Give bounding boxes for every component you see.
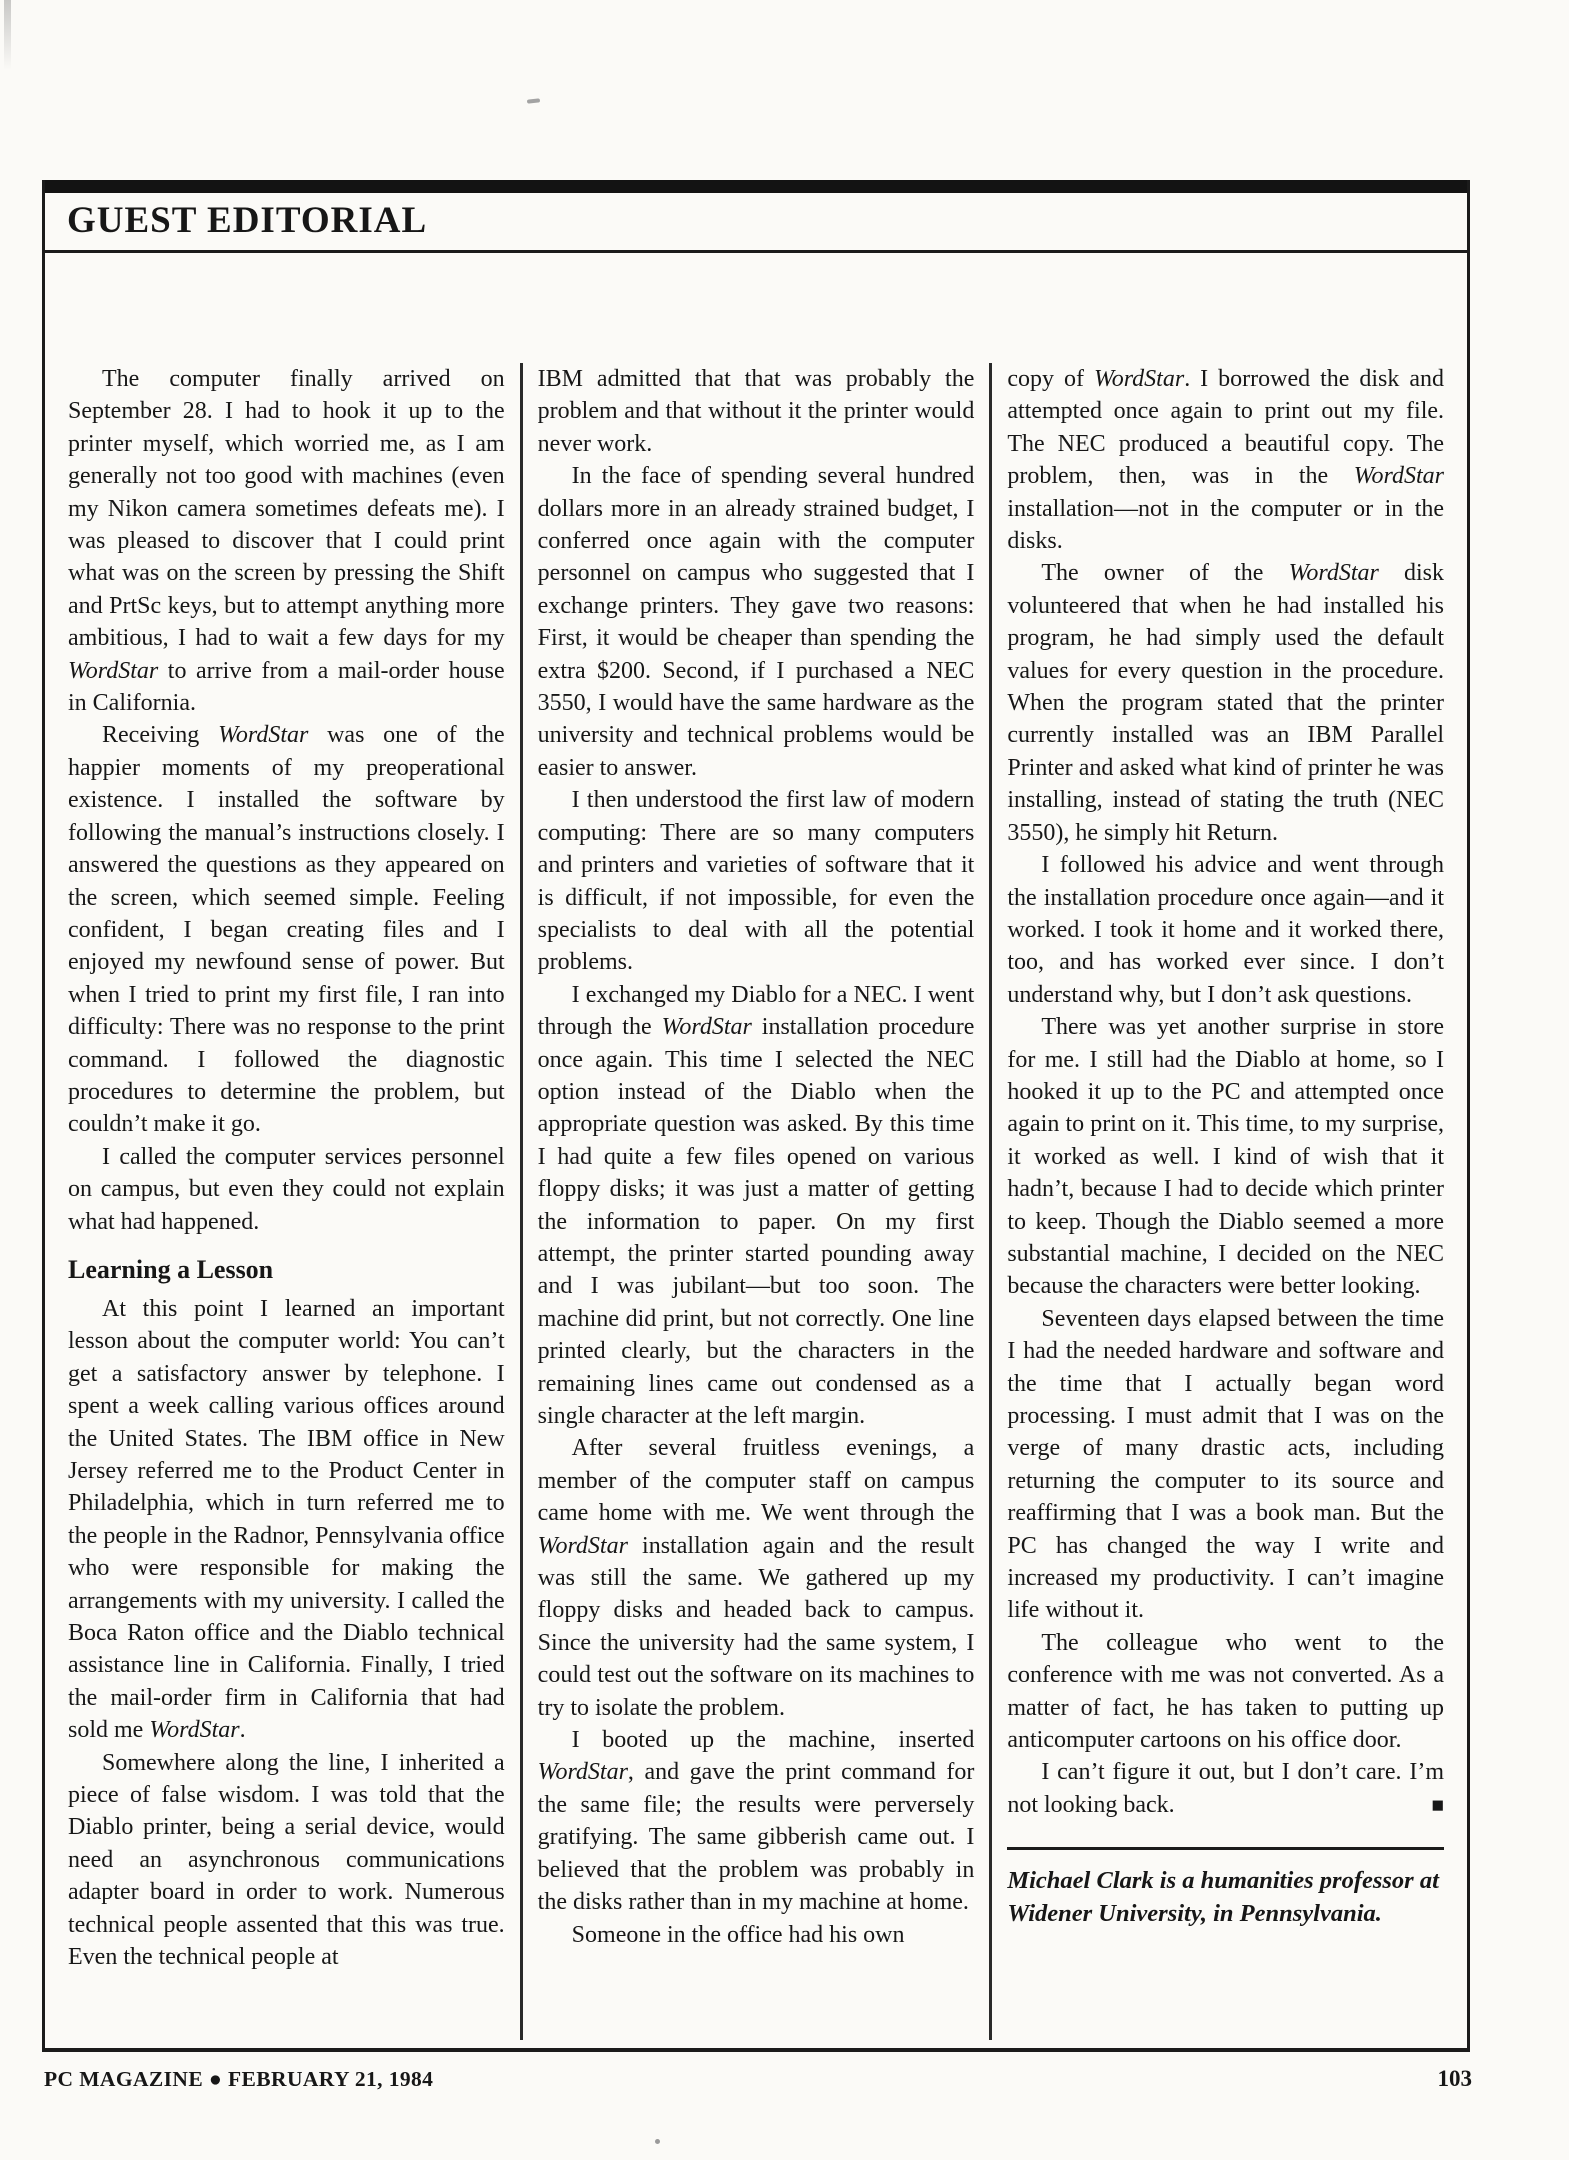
- column-3: copy of WordStar. I borrowed the disk an…: [989, 363, 1459, 2040]
- section-heading: Learning a Lesson: [68, 1255, 505, 1285]
- article-paragraph: After several fruitless evenings, a memb…: [538, 1432, 975, 1724]
- article-paragraph: In the face of spending several hundred …: [538, 460, 975, 784]
- scan-smudge: [4, 0, 11, 70]
- magazine-page: GUEST EDITORIAL The computer finally arr…: [0, 0, 1569, 2160]
- article-paragraph: The owner of the WordStar disk volunteer…: [1007, 557, 1444, 849]
- article-paragraph: I then understood the first law of moder…: [538, 784, 975, 978]
- page-number: 103: [1438, 2066, 1473, 2092]
- article-paragraph: I followed his advice and went through t…: [1007, 849, 1444, 1011]
- page-footer: PC MAGAZINE ● FEBRUARY 21, 1984 103: [44, 2066, 1472, 2092]
- magazine-name-date: PC MAGAZINE ● FEBRUARY 21, 1984: [44, 2067, 433, 2092]
- article-paragraph: Somewhere along the line, I inherited a …: [68, 1747, 505, 1974]
- article-paragraph: Receiving WordStar was one of the happie…: [68, 719, 505, 1140]
- article-paragraph: Seventeen days elapsed between the time …: [1007, 1303, 1444, 1627]
- article-body: The computer finally arrived on Septembe…: [45, 253, 1467, 2048]
- article-paragraph: I can’t figure it out, but I don’t care.…: [1007, 1756, 1444, 1821]
- article-paragraph: copy of WordStar. I borrowed the disk an…: [1007, 363, 1444, 557]
- article-paragraph: I exchanged my Diablo for a NEC. I went …: [538, 979, 975, 1433]
- article-paragraph: The computer finally arrived on Septembe…: [68, 363, 505, 719]
- article-frame: GUEST EDITORIAL The computer finally arr…: [42, 180, 1470, 2052]
- masthead-top-bar: [45, 180, 1467, 193]
- article-paragraph: There was yet another surprise in store …: [1007, 1011, 1444, 1303]
- masthead: GUEST EDITORIAL: [45, 193, 1467, 253]
- end-of-article-mark: ■: [1397, 1789, 1444, 1821]
- article-paragraph: At this point I learned an important les…: [68, 1293, 505, 1747]
- column-1: The computer finally arrived on Septembe…: [53, 363, 520, 2040]
- column-2: IBM admitted that that was probably the …: [520, 363, 990, 2040]
- byline-rule: [1007, 1847, 1444, 1850]
- scan-artifact-dot: [655, 2139, 660, 2144]
- article-paragraph: The colleague who went to the conference…: [1007, 1627, 1444, 1757]
- byline: Michael Clark is a humanities professor …: [1007, 1864, 1444, 1930]
- scan-artifact-dash: [527, 98, 540, 103]
- article-paragraph: IBM admitted that that was probably the …: [538, 363, 975, 460]
- article-paragraph: I called the computer services personnel…: [68, 1141, 505, 1238]
- article-paragraph: I booted up the machine, inserted WordSt…: [538, 1724, 975, 1918]
- article-paragraph: Someone in the office had his own: [538, 1919, 975, 1951]
- section-title: GUEST EDITORIAL: [67, 199, 1467, 242]
